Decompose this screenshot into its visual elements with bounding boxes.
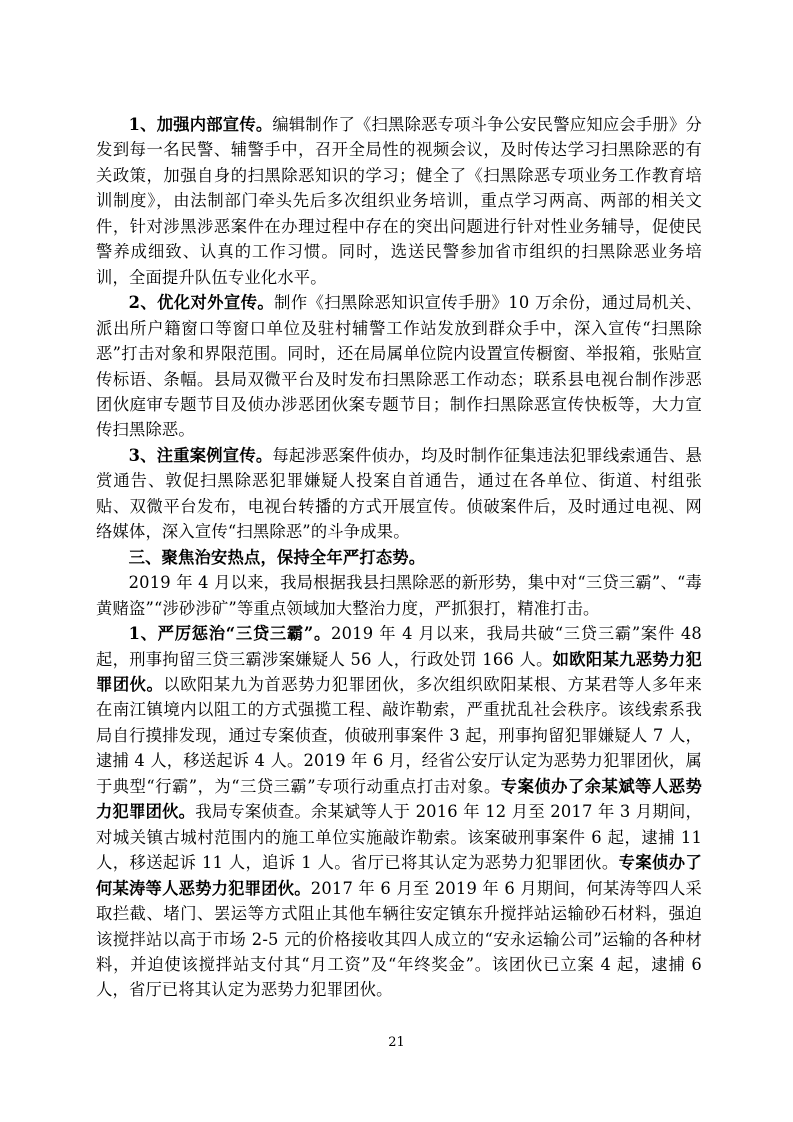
body-text-segment: 制作《扫黑除恶知识宣传手册》10 万余份，通过局机关、派出所户籍窗口等窗口单位及…	[96, 293, 702, 439]
paragraph: 2、优化对外宣传。制作《扫黑除恶知识宣传手册》10 万余份，通过局机关、派出所户…	[96, 290, 702, 443]
section-heading: 三、聚焦治安热点，保持全年严打态势。	[96, 545, 702, 570]
bold-text-segment: 3、注重案例宣传。	[129, 446, 273, 465]
page-number: 21	[0, 1035, 793, 1050]
paragraph: 3、注重案例宣传。每起涉恶案件侦办，均及时制作征集违法犯罪线索通告、悬赏通告、敦…	[96, 443, 702, 545]
paragraph: 1、严厉惩治“三贷三霸”。2019 年 4 月以来，我局共破“三贷三霸”案件 4…	[96, 621, 702, 1003]
paragraph: 2019 年 4 月以来，我局根据我县扫黑除恶的新形势，集中对“三贷三霸”、“毒…	[96, 570, 702, 621]
bold-text-segment: 1、加强内部宣传。	[129, 115, 273, 134]
document-body: 1、加强内部宣传。编辑制作了《扫黑除恶专项斗争公安民警应知应会手册》分发到每一名…	[96, 112, 702, 1003]
bold-text-segment: 三、聚焦治安热点，保持全年严打态势。	[129, 548, 426, 567]
paragraph: 1、加强内部宣传。编辑制作了《扫黑除恶专项斗争公安民警应知应会手册》分发到每一名…	[96, 112, 702, 290]
bold-text-segment: 2、优化对外宣传。	[129, 293, 275, 312]
document-page: 1、加强内部宣传。编辑制作了《扫黑除恶专项斗争公安民警应知应会手册》分发到每一名…	[0, 0, 793, 1122]
bold-text-segment: 1、严厉惩治“三贷三霸”。	[129, 624, 331, 643]
body-text-segment: 2019 年 4 月以来，我局根据我县扫黑除恶的新形势，集中对“三贷三霸”、“毒…	[96, 573, 702, 617]
body-text-segment: 编辑制作了《扫黑除恶专项斗争公安民警应知应会手册》分发到每一名民警、辅警手中，召…	[96, 115, 702, 287]
